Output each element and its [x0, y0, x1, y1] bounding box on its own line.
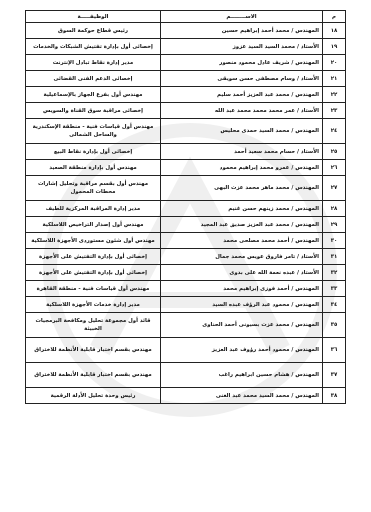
employee-name: المهندس / محمود أحمد رؤوف عبد العزيز	[161, 338, 323, 363]
employee-name: المهندس / محمد أحمد إبراهيم حسين	[161, 23, 323, 39]
row-number: ٣٧	[323, 363, 346, 388]
table-row: ٢٨المهندس / محمد زينهم حسن غنيممدير إدار…	[26, 201, 346, 217]
job-title: مدير إدارة المراقبة المركزية للطيف	[26, 201, 161, 217]
table-row: ٣٧المهندس / هشام حسين ابراهيم راغبمهندس …	[26, 363, 346, 388]
table-row: ١٩الأستاذ / محمد السيد السيد عزوزإخصائى …	[26, 39, 346, 55]
job-title: مهندس أول قياسات فنية - منطقة الإسكندرية…	[26, 119, 161, 144]
employee-name: المهندس / هشام حسين ابراهيم راغب	[161, 363, 323, 388]
job-title: إخصائى أول بإدارة تفتيش الشبكات والخدمات	[26, 39, 161, 55]
row-number: ٢٢	[323, 87, 346, 103]
employee-name: المهندس / محمد السيد محمد عبد الغنى	[161, 388, 323, 404]
employee-name: الأستاذ / وسام مصطفى حسن سويقى	[161, 71, 323, 87]
table-row: ٢٢المهندس / محمد عبد العزيز أحمد سليممهن…	[26, 87, 346, 103]
job-title: مهندس أول إصدار التراخيص اللاسلكية	[26, 217, 161, 233]
employee-name: المهندس / محمد عزت بسيونى أحمد الحناوى	[161, 313, 323, 338]
row-number: ٣١	[323, 249, 346, 265]
employee-name: المهندس / عمرو محمد إبراهيم محمود	[161, 160, 323, 176]
job-title: مهندس أول بفرع الجهاز بالإسماعيلية	[26, 87, 161, 103]
table-row: ٣٠المهندس / أحمد محمد مصلحى محمدمهندس أو…	[26, 233, 346, 249]
employee-name: المهندس / محمد زينهم حسن غنيم	[161, 201, 323, 217]
job-title: مهندس أول شئون مستوردى الأجهزة اللاسلكية	[26, 233, 161, 249]
employee-name: الأستاذ / عبده نعمة الله على بدوى	[161, 265, 323, 281]
row-number: ٢٤	[323, 119, 346, 144]
row-number: ٣٥	[323, 313, 346, 338]
row-number: ١٨	[323, 23, 346, 39]
row-number: ٢١	[323, 71, 346, 87]
header-job: الوظيفـــــة	[26, 11, 161, 23]
table-row: ٢٤المهندس / محمد السيد حمدى محليسمهندس أ…	[26, 119, 346, 144]
employee-name: الأستاذ / حسام محمد سعيد أحمد	[161, 144, 323, 160]
job-title: إخصائى أول بإدارة نقاط البيع	[26, 144, 161, 160]
job-title: مدير إدارة خدمات الأجهزة اللاسلكية	[26, 297, 161, 313]
table-row: ٣٤المهندس / محمود عبد الرؤف عبده السيدمد…	[26, 297, 346, 313]
job-title: مدير إدارة نقاط تبادل الإنترنت	[26, 55, 161, 71]
row-number: ٢٦	[323, 160, 346, 176]
employee-name: المهندس / محمد عبد العزيز صديق عبد المجي…	[161, 217, 323, 233]
job-title: إخصائى الدعم الفنى القضائى	[26, 71, 161, 87]
row-number: ٣٤	[323, 297, 346, 313]
employee-name: المهندس / أحمد فوزى إبراهيم محمد	[161, 281, 323, 297]
employee-name: المهندس / محمد ماهر محمد عزت البهى	[161, 176, 323, 201]
table-row: ٣٨المهندس / محمد السيد محمد عبد الغنىرئي…	[26, 388, 346, 404]
job-title: مهندس أول بإدارة منطقة الصعيد	[26, 160, 161, 176]
job-title: مهندس أول قياسات فنية - منطقة القاهرة	[26, 281, 161, 297]
job-title: رئيس وحدة تحليل الأدلة الرقمية	[26, 388, 161, 404]
job-title: مهندس بقسم اختبار قابلية الأنظمة للاخترا…	[26, 363, 161, 388]
row-number: ٣٨	[323, 388, 346, 404]
job-title: إخصائى مراقبة سوق القناة والسويس	[26, 103, 161, 119]
row-number: ٢٨	[323, 201, 346, 217]
job-title: إخصائى أول بإدارة التفتيش على الأجهزة	[26, 249, 161, 265]
table-row: ٢٦المهندس / عمرو محمد إبراهيم محمودمهندس…	[26, 160, 346, 176]
job-title: مهندس أول بقسم مراقبة وتحليل إشارات محطا…	[26, 176, 161, 201]
job-title: رئيس قطاع حوكمة السوق	[26, 23, 161, 39]
row-number: ٢٣	[323, 103, 346, 119]
row-number: ٢٧	[323, 176, 346, 201]
row-number: ٢٠	[323, 55, 346, 71]
table-row: ٣١الأستاذ / تامر فاروق عويس محمد جمالإخص…	[26, 249, 346, 265]
table-row: ٣٢الأستاذ / عبده نعمة الله على بدوىإخصائ…	[26, 265, 346, 281]
appointments-table: م الاســــــــم الوظيفـــــة ١٨المهندس /…	[25, 10, 346, 404]
employee-name: المهندس / أحمد محمد مصلحى محمد	[161, 233, 323, 249]
table-row: ٢٧المهندس / محمد ماهر محمد عزت البهىمهند…	[26, 176, 346, 201]
table-row: ٢٠المهندس / شريف عادل محمود منصورمدير إد…	[26, 55, 346, 71]
table-row: ٢٣الأستاذ / عمر محمد محمد محمد عبد اللهإ…	[26, 103, 346, 119]
table-row: ٢١الأستاذ / وسام مصطفى حسن سويقىإخصائى ا…	[26, 71, 346, 87]
row-number: ٣٠	[323, 233, 346, 249]
table-row: ٣٦المهندس / محمود أحمد رؤوف عبد العزيزمه…	[26, 338, 346, 363]
row-number: ٣٣	[323, 281, 346, 297]
employee-name: المهندس / محمود عبد الرؤف عبده السيد	[161, 297, 323, 313]
job-title: إخصائى أول بإدارة التفتيش على الأجهزة	[26, 265, 161, 281]
job-title: مهندس بقسم اختبار قابلية الأنظمة للاخترا…	[26, 338, 161, 363]
row-number: ١٩	[323, 39, 346, 55]
employee-name: المهندس / محمد عبد العزيز أحمد سليم	[161, 87, 323, 103]
employee-name: الأستاذ / تامر فاروق عويس محمد جمال	[161, 249, 323, 265]
table-row: ٢٥الأستاذ / حسام محمد سعيد أحمدإخصائى أو…	[26, 144, 346, 160]
row-number: ٢٩	[323, 217, 346, 233]
employee-name: الأستاذ / محمد السيد السيد عزوز	[161, 39, 323, 55]
header-name: الاســــــــم	[161, 11, 323, 23]
table-row: ٢٩المهندس / محمد عبد العزيز صديق عبد الم…	[26, 217, 346, 233]
header-num: م	[323, 11, 346, 23]
employee-name: الأستاذ / عمر محمد محمد محمد عبد الله	[161, 103, 323, 119]
row-number: ٣٦	[323, 338, 346, 363]
table-row: ١٨المهندس / محمد أحمد إبراهيم حسينرئيس ق…	[26, 23, 346, 39]
table-row: ٣٥المهندس / محمد عزت بسيونى أحمد الحناوى…	[26, 313, 346, 338]
employee-name: المهندس / محمد السيد حمدى محليس	[161, 119, 323, 144]
job-title: قائد أول مجموعة تحليل ومكافحة البرمجيات …	[26, 313, 161, 338]
row-number: ٢٥	[323, 144, 346, 160]
employee-name: المهندس / شريف عادل محمود منصور	[161, 55, 323, 71]
table-row: ٣٣المهندس / أحمد فوزى إبراهيم محمدمهندس …	[26, 281, 346, 297]
table-header-row: م الاســــــــم الوظيفـــــة	[26, 11, 346, 23]
row-number: ٣٢	[323, 265, 346, 281]
